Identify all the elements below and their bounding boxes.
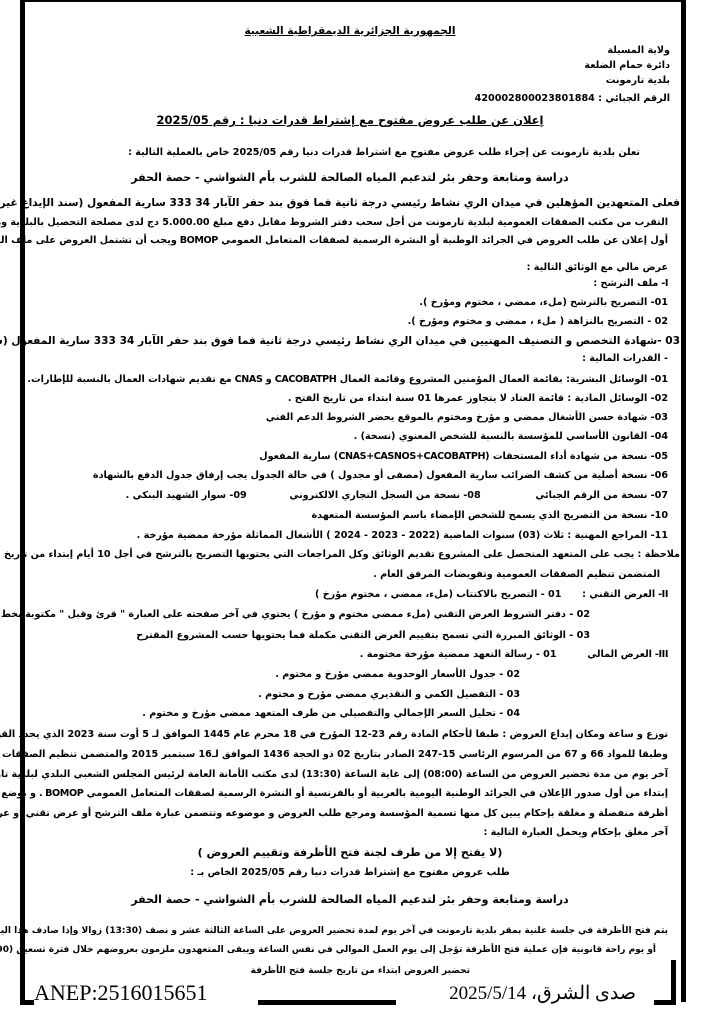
capacity-item: 05- نسخة من شهادة أداء المستحقات (CNAS+C… — [259, 450, 668, 464]
envelope-project: دراسة ومتابعة وحفر بئر لتدعيم المياه الص… — [30, 892, 670, 908]
technical-item: 02 - دفتر الشروط العرض التقني (ملء ممضي … — [0, 608, 590, 622]
footer-rule — [20, 1000, 34, 1005]
deposit-line: إبتداء من أول صدور الإعلان في الجرائد ال… — [0, 787, 668, 801]
capacities-heading: - القدرات المالية : — [582, 352, 668, 366]
capacity-item-07-09: 07- نسخة من الرقم الجبائي 08- نسخة من ال… — [126, 489, 668, 503]
envelope-warning: (لا يفتح إلا من طرف لجنة فتح الأظرفة وتق… — [30, 845, 670, 861]
capacity-item: 11- المراجع المهنية : ثلاث (03) سنوات ال… — [137, 529, 668, 543]
technical-item: 03 - الوثائق المبررة التي تسمح بتقييم ال… — [136, 629, 590, 643]
financial-item: 02 - جدول الأسعار الوحدوية ممضي مؤرخ و م… — [275, 668, 520, 682]
deposit-line: توزع و ساعة ومكان إيداع العروض : طبقا لأ… — [0, 728, 668, 742]
note-line-2: المتضمن تنظيم الصفقات العمومية وتفويضات … — [373, 568, 660, 582]
commune: بلدية تارمونت — [606, 74, 670, 88]
fiscal-number-row: الرقم الجبائي : 420002800023801884 — [475, 92, 670, 106]
republic-heading: الجمهورية الجزائرية الديمقراطية الشعبية — [30, 24, 670, 39]
envelope-reference: طلب عروض مفتوح مع إشتراط قدرات دنيا رقم … — [30, 866, 670, 880]
daira: دائرة حمام الضلعة — [584, 59, 670, 73]
candidature-item: 03 -شهادة التخصص و التصنيف المهنيين في م… — [0, 334, 680, 349]
financial-heading-row: III- العرض المالي 01 - رسالة التعهد ممضي… — [360, 648, 668, 662]
capacity-item: 03- شهادة حسن الأشغال ممضي و مؤرخ ومختوم… — [266, 411, 668, 425]
deposit-line: وطبقا للمواد 66 و 67 من المرسوم الرئاسي … — [0, 748, 668, 762]
candidature-heading: I- ملف الترشح : — [593, 277, 668, 291]
financial-item: 03 - التفصيل الكمي و التقديري ممضي مؤرخ … — [258, 688, 520, 702]
notice-title: إعلان عن طلب عروض مفتوح مع إشتراط قدرات … — [30, 112, 670, 129]
para1-line-4: عرض مالي مع الوثائق التالية : — [527, 261, 668, 275]
deposit-line: آخر يوم من مدة تحضير العروض من الساعة (0… — [0, 768, 668, 782]
footer-rule — [654, 1000, 676, 1005]
notice-intro: تعلن بلدية تارمونت عن إجراء طلب عروض مفت… — [128, 146, 640, 160]
para1-line-3: أول إعلان عن طلب العروض في الجرائد الوطن… — [0, 234, 668, 248]
opening-line: يتم فتح الأظرفة في جلسة علنية بمقر بلدية… — [0, 925, 668, 938]
opening-line: تحضير العروض ابتداء من تاريخ جلسة فتح ال… — [251, 965, 470, 978]
deposit-line: آخر مغلق بإحكام ويحمل العبارة التالية : — [483, 826, 668, 840]
border-corner-left — [20, 960, 25, 1005]
capacity-item: 10- نسخة من التصريح الذي يسمح للشخص الإم… — [312, 509, 668, 523]
publication-date: 2025/5/14 — [449, 983, 526, 1004]
candidature-item: 02 - التصريح بالنزاهة ( ملء ، ممضي و مخت… — [408, 315, 668, 329]
project-name: دراسة ومتابعة وحفر بئر لتدعيم المياه الص… — [30, 170, 670, 186]
capacity-item: 01- الوسائل البشرية: بقائمة العمال المؤم… — [27, 373, 668, 387]
technical-heading-row: II- العرض التقني : 01 - التصريح بالاكتتا… — [315, 588, 668, 602]
para1-line-2: التقرب من مكتب الصفقات العمومية لبلدية ت… — [0, 216, 668, 230]
financial-item: 04 - تحليل السعر الإجمالي والتفصيلي من ط… — [142, 707, 520, 721]
capacity-item: 04- القانون الأساسي للمؤسسة بالنسبة للشخ… — [354, 430, 668, 444]
candidature-item: 01- التصريح بالترشح (ملء، ممضي ، مختوم و… — [419, 296, 668, 310]
anep-reference: ANEP:2516015651 — [34, 980, 208, 1006]
fiscal-number: 420002800023801884 — [475, 93, 595, 104]
fiscal-label: الرقم الجبائي : — [598, 93, 670, 104]
wilaya: ولاية المسيلة — [607, 44, 670, 58]
note-line-1: ملاحظة : يجب على المتعهد المتحصل على الم… — [0, 548, 680, 562]
deposit-line: أظرفة منفصلة و مغلقة بإحكام يبين كل منها… — [0, 807, 668, 821]
opening-line: أو يوم راحة قانونية فإن عملية فتح الأظرف… — [0, 944, 656, 957]
capacity-item: 02- الوسائل المادية : قائمة العتاد لا يت… — [288, 392, 668, 406]
para1-line-1: فعلى المتعهدين المؤهلين في ميدان الري نش… — [0, 196, 680, 211]
capacity-item: 06- نسخة أصلية من كشف الضرائب سارية المف… — [93, 469, 668, 483]
footer-rule — [258, 1000, 396, 1005]
newspaper-source: صدى الشرق، 2025/5/14 — [449, 982, 636, 1005]
border-corner-right — [671, 960, 676, 1005]
newspaper-name: صدى الشرق، — [531, 983, 636, 1004]
